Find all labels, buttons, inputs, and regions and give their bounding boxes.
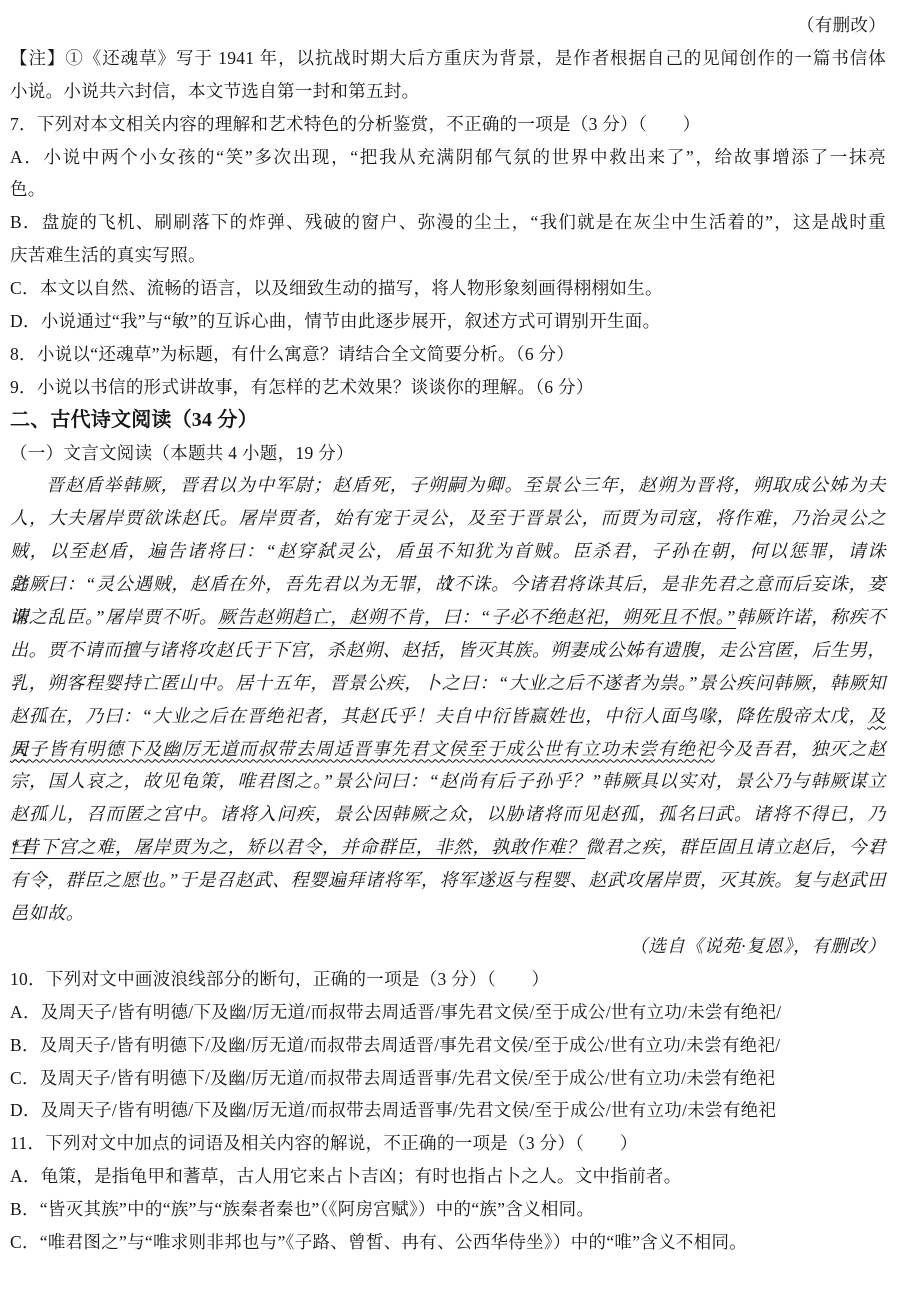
q7-option-d: D．小说通过“我”与“敏”的互诉心曲，情节由此逐步展开，叙述方式可谓别开生面。	[10, 305, 886, 338]
question-7-stem: 7．下列对本文相关内容的理解和艺术特色的分析鉴赏，不正确的一项是（3 分）（ ）	[10, 108, 886, 141]
passage-line-7: 乳，朔客程婴持亡匿山中。居十五年，晋景公疾，卜之曰：“大业之后不遂者为祟。”景公…	[10, 667, 886, 700]
text-segment: 色。	[10, 179, 46, 199]
text-segment: 有令，群臣之愿也。”于是召赵武、程婴遍拜诸将军，将军遂返与程婴、赵武攻屠岸贾，灭…	[10, 870, 886, 890]
q7-option-c: C．本文以自然、流畅的语言，以及细致生动的描写，将人物形象刻画得栩栩如生。	[10, 272, 886, 305]
text-segment: 庆苦难生活的真实写照。	[10, 245, 206, 265]
q11-option-a: A．龟策，是指龟甲和蓍草，古人用它来占卜吉凶；有时也指占卜之人。文中指前者。	[10, 1160, 886, 1193]
q11-option-c: C．“唯君图之”与“唯求则非邦也与”《子路、曾皙、冉有、公西华侍坐》）中的“唯”…	[10, 1226, 886, 1259]
passage-line-8: 赵孤在，乃曰：“大业之后在晋绝祀者，其赵氏乎！夫自中衍皆嬴姓也，中衍人面鸟喙，降…	[10, 700, 886, 733]
q10-option-d: D．及周天子/皆有明德/下及幽/厉无道/而叔带去周适晋事/先君文侯/至于成公/世…	[10, 1094, 886, 1127]
passage-line-6: 出。贾不请而擅与诸将攻赵氏于下宫，杀赵朔、赵括，皆灭其族。朔妻成公姊有遗腹，走公…	[10, 634, 886, 667]
question-9: 9．小说以书信的形式讲故事，有怎样的艺术效果？谈谈你的理解。（6 分）	[10, 371, 886, 404]
text-segment: （有删改）	[797, 15, 886, 35]
question-11-stem: 11．下列对文中加点的词语及相关内容的解说，不正确的一项是（3 分）（ ）	[10, 1127, 886, 1160]
passage-line-9: 天子皆有明德下及幽厉无道而叔带去周适晋事先君文侯至于成公世有立功未尝有绝祀今及吾…	[10, 733, 886, 766]
text-segment: 今及吾君，独灭之赵	[715, 739, 886, 759]
passage-line-1: 晋赵盾举韩厥，晋君以为中军尉；赵盾死，子朔嗣为卿。至景公三年，赵朔为晋将，朔取成…	[10, 469, 886, 502]
note-line-1: 【注】①《还魂草》写于 1941 年，以抗战时期大后方重庆为背景，是作者根据自己…	[10, 42, 886, 75]
revision-note: （有删改）	[10, 9, 886, 42]
text-segment: D．小说通过“我”与“敏”的互诉心曲，情节由此逐步展开，叙述方式可谓别开生面。	[10, 311, 660, 331]
text-segment: 晋赵盾举韩厥，晋君以为中军尉；赵盾死，子朔嗣为卿。至景公三年，赵朔为晋将，朔取成…	[46, 475, 886, 495]
passage-line-11: 赵孤儿，召而匿之宫中。诸将入问疾，景公因韩厥之众，以胁诸将而见赵孤，孤名曰武。诸…	[10, 798, 886, 831]
passage-line-3: 贼，以至赵盾，遍告诸将曰：“赵穿弑灵公，盾虽不知犹为首贼。臣杀君，子孙在朝，何以…	[10, 535, 886, 568]
text-segment: A．小说中两个小女孩的“笑”多次出现，“把我从充满阴郁气氛的世界中救出来了”，给…	[10, 147, 886, 167]
passage-line-13: 有令，群臣之愿也。”于是召赵武、程婴遍拜诸将军，将军遂返与程婴、赵武攻屠岸贾，灭…	[10, 864, 886, 897]
q11-option-b: B．“皆灭其族”中的“族”与“族秦者秦也”（《阿房宫赋》）中的“族”含义相同。	[10, 1193, 886, 1226]
passage-line-14: 邑如故。	[10, 897, 886, 930]
q10-option-a: A．及周天子/皆有明德/下及幽/厉无道/而叔带去周适晋/事先君文侯/至于成公/世…	[10, 996, 886, 1029]
text-segment: 乳，朔客程婴持亡匿山中。居十五年，晋景公疾，卜之曰：“大业之后不遂者为祟。”景公…	[10, 673, 886, 693]
text-segment: 二、古代诗文阅读（34 分）	[10, 409, 258, 431]
source-citation: （选自《说苑·复恩》，有删改）	[10, 930, 886, 963]
text-segment: 邑如故。	[10, 903, 84, 923]
q7-option-a-line-2: 色。	[10, 173, 886, 206]
passage-line-12: “昔下宫之难，屠岸贾为之，矫以君令，并命群臣，非然，孰敢作难？微君之疾，群臣固且…	[10, 831, 886, 864]
text-segment: 人，大夫屠岸贾欲诛赵氏。屠岸贾者，始有宠于灵公，及至于晋景公，而贾为司寇，将作难…	[10, 508, 886, 528]
text-segment: 8．小说以“还魂草”为标题，有什么寓意？请结合全文简要分析。（6 分）	[10, 344, 574, 364]
text-segment: B．盘旋的飞机、刷刷落下的炸弹、残破的窗户、弥漫的尘土，“我们就是在灰尘中生活着…	[10, 212, 886, 232]
text-segment: C．本文以自然、流畅的语言，以及细致生动的描写，将人物形象刻画得栩栩如生。	[10, 278, 663, 298]
question-8: 8．小说以“还魂草”为标题，有什么寓意？请结合全文简要分析。（6 分）	[10, 338, 886, 371]
solid-underlined-text: 厥告赵朔趋亡，赵朔不肯，曰：“子必不绝赵祀，朔死且不恨。”	[218, 607, 736, 627]
question-10-stem: 10．下列对文中画波浪线部分的断句，正确的一项是（3 分）（ ）	[10, 963, 886, 996]
text-segment: 9．小说以书信的形式讲故事，有怎样的艺术效果？谈谈你的理解。（6 分）	[10, 377, 594, 397]
solid-underlined-text: “昔下宫之难，屠岸贾为之，矫以君令，并命群臣，非然，孰敢作难？	[10, 837, 585, 857]
text-segment: （一）文言文阅读（本题共 4 小题，19 分）	[10, 443, 354, 463]
text-segment: A．及周天子/皆有明德/下及幽/厉无道/而叔带去周适晋/事先君文侯/至于成公/世…	[10, 1002, 781, 1022]
text-segment: 谓之乱臣。”屠岸贾不听。	[10, 607, 218, 627]
passage-line-2: 人，大夫屠岸贾欲诛赵氏。屠岸贾者，始有宠于灵公，及至于晋景公，而贾为司寇，将作难…	[10, 502, 886, 535]
q7-option-b-line-1: B．盘旋的飞机、刷刷落下的炸弹、残破的窗户、弥漫的尘土，“我们就是在灰尘中生活着…	[10, 206, 886, 239]
q10-option-b: B．及周天子/皆有明德下/及幽/厉无道/而叔带去周适晋/事先君文侯/至于成公/世…	[10, 1029, 886, 1062]
text-segment: 微君之疾，群臣固且请立赵后，今君	[585, 837, 886, 857]
text-segment: C．“唯君图之”与“唯求则非邦也与”《子路、曾皙、冉有、公西华侍坐》）中的“唯”…	[10, 1232, 747, 1252]
text-segment: 7．下列对本文相关内容的理解和艺术特色的分析鉴赏，不正确的一项是（3 分）（ ）	[10, 114, 700, 134]
text-segment: D．及周天子/皆有明德/下及幽/厉无道/而叔带去周适晋事/先君文侯/至于成公/世…	[10, 1100, 776, 1120]
text-segment: 宗，国人哀之，故见龟策，唯君图之。”景公问曰：“赵尚有后子孙乎？”韩厥具以实对，…	[10, 771, 886, 791]
text-segment: 【注】①《还魂草》写于 1941 年，以抗战时期大后方重庆为背景，是作者根据自己…	[10, 48, 886, 68]
wavy-underlined-text: 天子皆有明德下及幽厉无道而叔带去周适晋事先君文侯至于成公世有立功未尝有绝祀	[10, 739, 715, 759]
passage-line-5: 谓之乱臣。”屠岸贾不听。厥告赵朔趋亡，赵朔不肯，曰：“子必不绝赵祀，朔死且不恨。…	[10, 601, 886, 634]
subsection-1-heading: （一）文言文阅读（本题共 4 小题，19 分）	[10, 437, 886, 470]
text-segment: A．龟策，是指龟甲和蓍草，古人用它来占卜吉凶；有时也指占卜之人。文中指前者。	[10, 1166, 682, 1186]
text-segment: 赵孤在，乃曰：“大业之后在晋绝祀者，其赵氏乎！夫自中衍皆嬴姓也，中衍人面鸟喙，降…	[10, 706, 867, 726]
section-2-heading: 二、古代诗文阅读（34 分）	[10, 404, 886, 437]
q7-option-a-line-1: A．小说中两个小女孩的“笑”多次出现，“把我从充满阴郁气氛的世界中救出来了”，给…	[10, 141, 886, 174]
q10-option-c: C．及周天子/皆有明德下/及幽/厉无道/而叔带去周适晋事/先君文侯/至于成公/世…	[10, 1062, 886, 1095]
text-segment: 10．下列对文中画波浪线部分的断句，正确的一项是（3 分）（ ）	[10, 969, 549, 989]
text-segment: C．及周天子/皆有明德下/及幽/厉无道/而叔带去周适晋事/先君文侯/至于成公/世…	[10, 1068, 775, 1088]
text-segment: 小说。小说共六封信，本文节选自第一封和第五封。	[10, 81, 419, 101]
exam-page: （有删改）【注】①《还魂草》写于 1941 年，以抗战时期大后方重庆为背景，是作…	[0, 0, 900, 1297]
text-segment: （选自《说苑·复恩》，有删改）	[630, 936, 887, 956]
text-segment: 11．下列对文中加点的词语及相关内容的解说，不正确的一项是（3 分）（ ）	[10, 1133, 638, 1153]
passage-line-10: 宗，国人哀之，故见龟策，唯君图之。”景公问曰：“赵尚有后子孙乎？”韩厥具以实对，…	[10, 765, 886, 798]
text-segment: 韩厥许诺，称疾不	[736, 607, 886, 627]
note-line-2: 小说。小说共六封信，本文节选自第一封和第五封。	[10, 75, 886, 108]
text-segment: 出。贾不请而擅与诸将攻赵氏于下宫，杀赵朔、赵括，皆灭其族。朔妻成公姊有遗腹，走公…	[10, 640, 886, 660]
text-segment: B．“皆灭其族”中的“族”与“族秦者秦也”（《阿房宫赋》）中的“族”含义相同。	[10, 1199, 594, 1219]
q7-option-b-line-2: 庆苦难生活的真实写照。	[10, 239, 886, 272]
passage-line-4: 韩厥曰：“灵公遇贼，赵盾在外，吾先君以为无罪，故不诛。今诸君将诛其后，是非先君之…	[10, 568, 886, 601]
text-segment: B．及周天子/皆有明德下/及幽/厉无道/而叔带去周适晋/事先君文侯/至于成公/世…	[10, 1035, 780, 1055]
